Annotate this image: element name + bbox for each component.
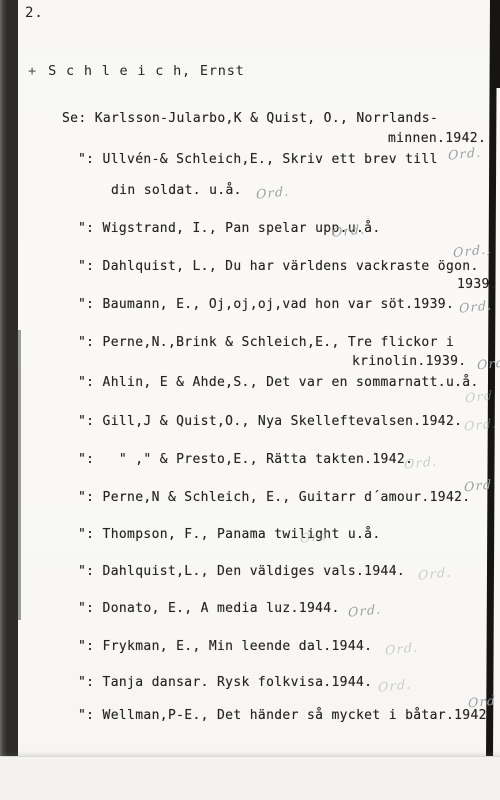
typewritten-line: ": Donato, E., A media luz.1944. bbox=[78, 601, 340, 616]
scan-right-corner bbox=[493, 0, 500, 88]
typewritten-line: ": Ahlin, E & Ahde,S., Det var en sommar… bbox=[78, 375, 479, 390]
pencil-ord-note: Ord bbox=[477, 354, 500, 372]
typewritten-line: ": Frykman, E., Min leende dal.1944. bbox=[78, 639, 372, 654]
scanned-catalog-card: 2. +S c h l e i c h, Ernst Se: Karlsson-… bbox=[0, 0, 500, 800]
pencil-ord-note: Ord bbox=[468, 692, 496, 710]
typewritten-line: ": Tanja dansar. Rysk folkvisa.1944. bbox=[78, 675, 372, 690]
typewritten-line: din soldat. u.å. bbox=[111, 183, 242, 198]
typewritten-line: ": Dahlquist,L., Den väldiges vals.1944. bbox=[78, 564, 405, 579]
typewritten-line: ": Thompson, F., Panama twilight u.å. bbox=[78, 527, 381, 542]
typewritten-line: ": " ," & Presto,E., Rätta takten.1942. bbox=[78, 452, 413, 467]
typewritten-line: ": Dahlquist, L., Du har världens vackra… bbox=[78, 259, 479, 274]
typewritten-line: krinolin.1939. bbox=[352, 354, 466, 369]
pencil-ord-note: Ord. bbox=[300, 527, 334, 546]
pencil-ord-note: Ord. bbox=[256, 183, 290, 202]
typewritten-line: ": Gill,J & Quist,O., Nya Skelleftevalse… bbox=[78, 414, 462, 429]
pencil-ord-note: Ord. bbox=[332, 221, 366, 240]
typewritten-line: ": Perne,N.,Brink & Schleich,E., Tre fli… bbox=[78, 335, 454, 350]
pencil-ord-note: Ord. bbox=[348, 601, 382, 620]
scan-left-edge bbox=[0, 0, 18, 756]
typewritten-line: ": Baumann, E., Oj,oj,oj,vad hon var söt… bbox=[78, 297, 454, 312]
typewritten-line: ": Perne,N & Schleich, E., Guitarr d´amo… bbox=[78, 490, 470, 505]
pencil-ord-note: Ord bbox=[465, 387, 493, 405]
entry-heading-name: S c h l e i c h, Ernst bbox=[48, 63, 244, 79]
pencil-ord-note: Ord. bbox=[404, 453, 438, 472]
page-number: 2. bbox=[25, 5, 44, 21]
typewritten-line: Se: Karlsson-Jularbo,K & Quist, O., Norr… bbox=[62, 111, 438, 126]
entry-heading: +S c h l e i c h, Ernst bbox=[28, 63, 245, 79]
scan-bottom-margin bbox=[0, 757, 500, 800]
pencil-ord-note: Ord., bbox=[453, 241, 492, 260]
typewritten-line: ": Wellman,P-E., Det händer så mycket i … bbox=[78, 708, 487, 723]
typewritten-line: minnen.1942. bbox=[388, 131, 486, 146]
pencil-ord-note: Ord. bbox=[378, 676, 412, 695]
typewritten-line: 1939. bbox=[457, 277, 498, 292]
pencil-ord-note: Ord. bbox=[385, 639, 419, 658]
scan-right-edge bbox=[486, 0, 497, 757]
plus-marker: + bbox=[28, 63, 36, 79]
pencil-ord-note: Ord. bbox=[418, 564, 452, 583]
typewritten-line: ": Ullvén-& Schleich,E., Skriv ett brev … bbox=[78, 152, 438, 167]
pencil-ord-note: Ord. bbox=[448, 144, 482, 163]
pencil-ord-note: Ord bbox=[464, 476, 492, 494]
